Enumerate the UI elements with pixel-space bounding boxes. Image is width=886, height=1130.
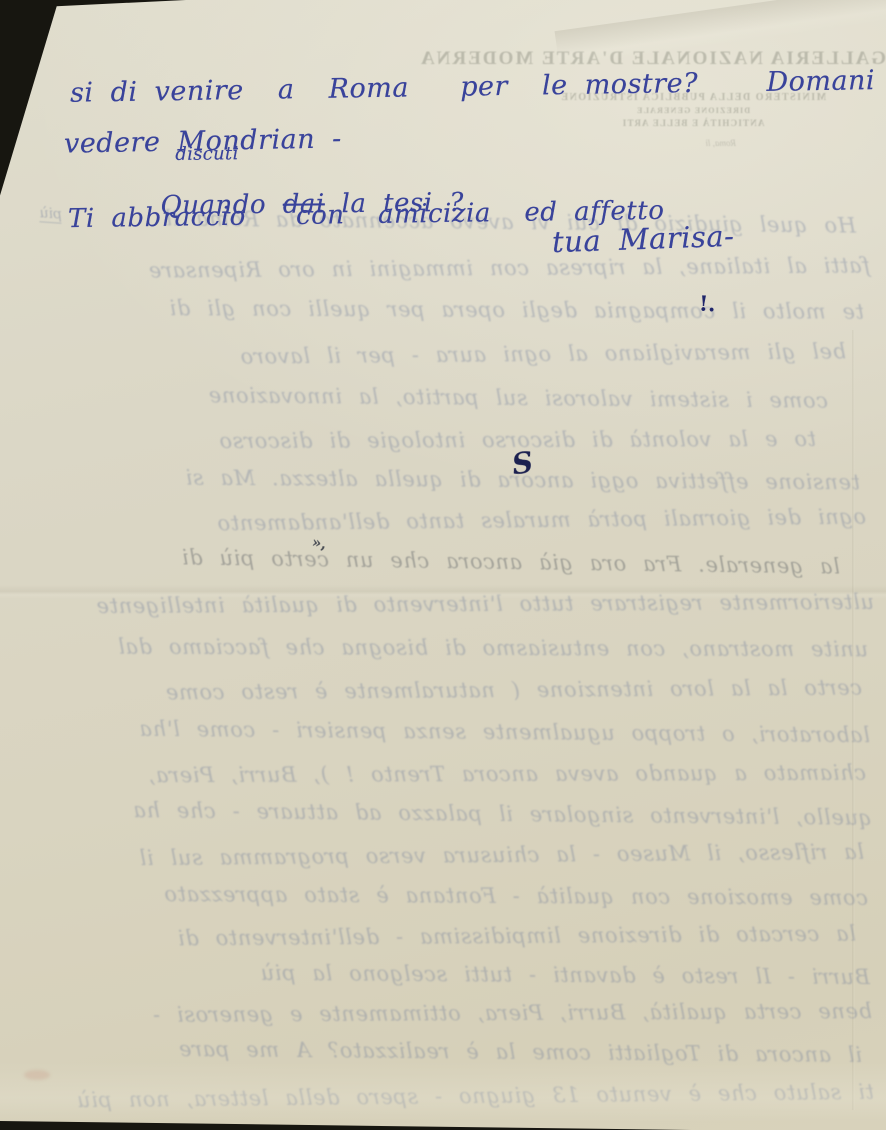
bleedthrough-line: Burri - Il resto è davanti - tutti scelg…	[260, 961, 870, 989]
paper-red-smudge	[24, 1070, 50, 1080]
bleedthrough-line: laboratori, o troppo ugualmente senza pe…	[139, 717, 870, 747]
bleedthrough-line: ti saluto che è venuto 13 giugno - spero…	[76, 1080, 874, 1112]
bleedthrough-line: certo la la loro intenzione ( naturalmen…	[165, 676, 862, 705]
handwriting-inserted-word: discuti	[175, 143, 238, 165]
bleedthrough-line: ulteriormente registrare tutto l'interve…	[96, 590, 874, 618]
handwriting-line-1: si di venire a Roma per le mostre? Doman…	[70, 62, 886, 109]
bleedthrough-line: bene certa qualità, Burri, Piera, ottima…	[152, 999, 872, 1027]
bleedthrough-line: bel gli meravigliano al ogni aura - per …	[240, 339, 846, 368]
paper-light-band-bottom	[0, 1062, 886, 1122]
bleedthrough-line: unite mostrano, con entusiasmo di bisogn…	[118, 635, 869, 662]
ink-mark-exclamation: !.	[698, 291, 716, 317]
bleedthrough-line: il ancora di Togliatti come la è realizz…	[178, 1037, 862, 1067]
bleedthrough-line: la generale. Fra ora già ancora che un c…	[181, 545, 840, 578]
handwriting-signature: tua Marisa-	[551, 219, 735, 259]
scanned-letter-canvas: GALLERIA NAZIONALE D'ARTE MODERNA MINIST…	[0, 0, 886, 1130]
bleedthrough-line: come emozione con qualità - Fontana è st…	[164, 882, 868, 910]
bleedthrough-line: chiamato a quando aveva ancora Trento ! …	[148, 761, 866, 788]
bleedthrough-line: ogni dei giornali potrà murales tanto de…	[217, 505, 866, 536]
paper-crease-horizontal	[0, 585, 886, 599]
bleedthrough-line: come i sistemi valorosi sul partito, la …	[208, 383, 828, 412]
ink-mark-small-dark: »,	[311, 533, 329, 553]
ink-blot-s-shape: S	[510, 445, 535, 482]
bleedthrough-line: te molto il compagnia degli opera per qu…	[169, 296, 864, 324]
bleedthrough-line: la riflesso, il Museo - la chiusura vers…	[139, 840, 864, 870]
paper-crease-vertical	[852, 330, 855, 1110]
bleedthrough-line: quello, l'intervento singolare il palazz…	[133, 798, 873, 830]
letterhead-arts-line: ANTICHITÀ E BELLE ARTI	[500, 118, 886, 128]
letterhead-direction-line: DIREZIONE GENERALE	[500, 106, 886, 115]
letter-page: GALLERIA NAZIONALE D'ARTE MODERNA MINIST…	[0, 0, 886, 1130]
letterhead-date-line: Roma, lì	[706, 138, 737, 148]
bleedthrough-line: la cercato di direzione limpidissima - d…	[177, 922, 856, 951]
